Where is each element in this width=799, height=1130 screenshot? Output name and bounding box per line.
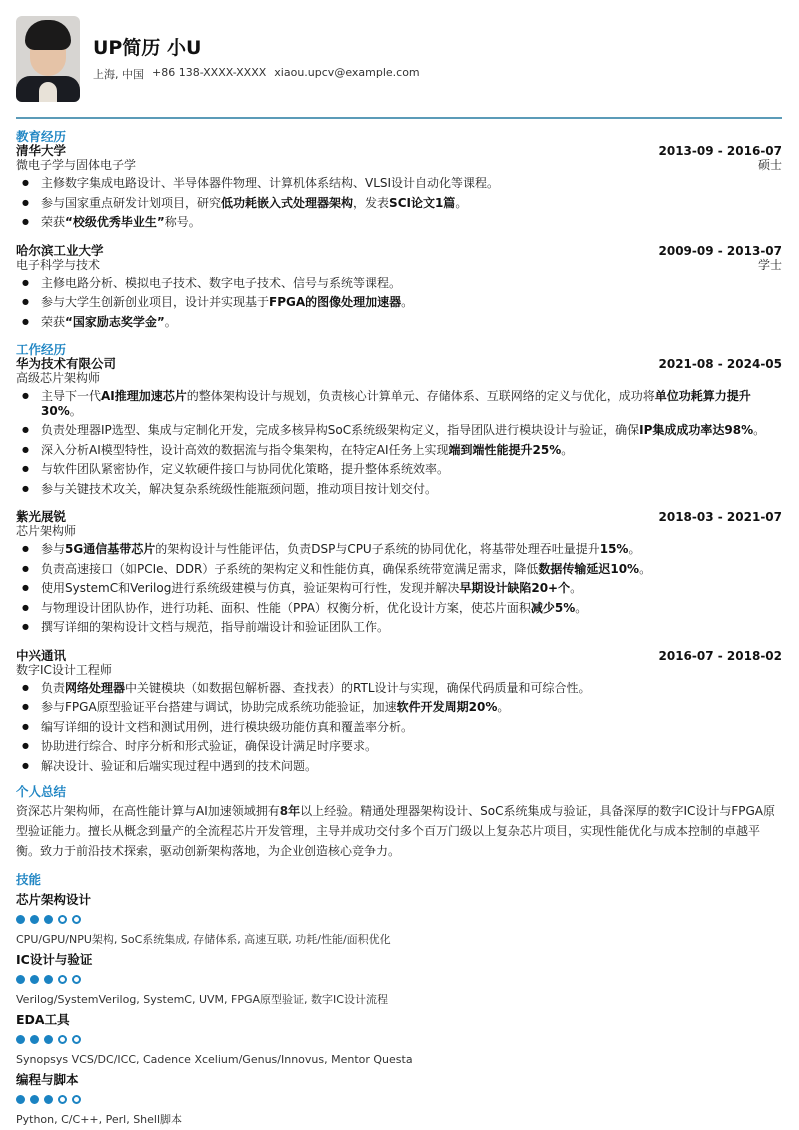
- education-section: 教育经历 清华大学2013-09 - 2016-07微电子学与固体电子学硕士主修…: [16, 130, 782, 329]
- bullet-item: 参与FPGA原型验证平台搭建与调试，协助完成系统功能验证，加速软件开发周期20%…: [16, 700, 782, 715]
- job-role: 芯片架构师: [16, 524, 76, 538]
- summary-section: 个人总结 资深芯片架构师，在高性能计算与AI加速领域拥有8年以上经验。精通处理器…: [16, 785, 782, 861]
- skill-name: 编程与脚本: [16, 1073, 782, 1087]
- skill-name: IC设计与验证: [16, 953, 782, 967]
- bullet-list: 主导下一代AI推理加速芯片的整体架构设计与规划，负责核心计算单元、存储体系、互联…: [16, 389, 782, 496]
- filled-dot-icon: [44, 915, 53, 924]
- bullet-item: 使用SystemC和Verilog进行系统级建模与仿真，验证架构可行性，发现并解…: [16, 581, 782, 596]
- bullet-item: 与软件团队紧密协作，定义软硬件接口与协同优化策略，提升整体系统效率。: [16, 462, 782, 477]
- filled-dot-icon: [30, 1035, 39, 1044]
- entry-dates: 2013-09 - 2016-07: [659, 144, 783, 158]
- bullet-item: 解决设计、验证和后端实现过程中遇到的技术问题。: [16, 759, 782, 774]
- bullet-item: 参与国家重点研发计划项目，研究低功耗嵌入式处理器架构，发表SCI论文1篇。: [16, 196, 782, 211]
- entry-head: 华为技术有限公司2021-08 - 2024-05: [16, 357, 782, 371]
- bullet-item: 负责高速接口（如PCIe、DDR）子系统的架构定义和性能仿真，确保系统带宽满足需…: [16, 562, 782, 577]
- bullet-item: 参与5G通信基带芯片的架构设计与性能评估，负责DSP与CPU子系统的协同优化，将…: [16, 542, 782, 557]
- bullet-item: 编写详细的设计文档和测试用例，进行模块级功能仿真和覆盖率分析。: [16, 720, 782, 735]
- phone: +86 138-XXXX-XXXX: [152, 66, 266, 82]
- empty-dot-icon: [58, 975, 67, 984]
- major: 微电子学与固体电子学: [16, 158, 136, 172]
- skill-level-dots: [16, 915, 782, 924]
- company-name: 紫光展锐: [16, 510, 66, 524]
- header-divider: [16, 117, 782, 119]
- section-title: 技能: [16, 873, 782, 887]
- skill-desc: Python, C/C++, Perl, Shell脚本: [16, 1113, 782, 1127]
- entry-head: 中兴通讯2016-07 - 2018-02: [16, 649, 782, 663]
- skill-level-dots: [16, 1035, 782, 1044]
- filled-dot-icon: [30, 975, 39, 984]
- empty-dot-icon: [72, 1035, 81, 1044]
- school-name: 清华大学: [16, 144, 66, 158]
- bullet-list: 主修电路分析、模拟电子技术、数字电子技术、信号与系统等课程。参与大学生创新创业项…: [16, 276, 782, 330]
- bullet-item: 主修数字集成电路设计、半导体器件物理、计算机体系结构、VLSI设计自动化等课程。: [16, 176, 782, 191]
- skill-name: EDA工具: [16, 1013, 782, 1027]
- bullet-item: 撰写详细的架构设计文档与规范，指导前端设计和验证团队工作。: [16, 620, 782, 635]
- company-name: 华为技术有限公司: [16, 357, 116, 371]
- education-entry: 哈尔滨工业大学2009-09 - 2013-07电子科学与技术学士主修电路分析、…: [16, 244, 782, 330]
- bullet-item: 主修电路分析、模拟电子技术、数字电子技术、信号与系统等课程。: [16, 276, 782, 291]
- bullet-item: 深入分析AI模型特性，设计高效的数据流与指令集架构，在特定AI任务上实现端到端性…: [16, 443, 782, 458]
- school-name: 哈尔滨工业大学: [16, 244, 104, 258]
- bullet-list: 主修数字集成电路设计、半导体器件物理、计算机体系结构、VLSI设计自动化等课程。…: [16, 176, 782, 230]
- empty-dot-icon: [72, 975, 81, 984]
- work-entry: 紫光展锐2018-03 - 2021-07芯片架构师参与5G通信基带芯片的架构设…: [16, 510, 782, 635]
- filled-dot-icon: [16, 1095, 25, 1104]
- bullet-item: 负责处理器IP选型、集成与定制化开发，完成多核异构SoC系统级架构定义，指导团队…: [16, 423, 782, 438]
- skill-desc: CPU/GPU/NPU架构, SoC系统集成, 存储体系, 高速互联, 功耗/性…: [16, 933, 782, 947]
- email: xiaou.upcv@example.com: [274, 66, 419, 82]
- skills-section: 技能 芯片架构设计CPU/GPU/NPU架构, SoC系统集成, 存储体系, 高…: [16, 873, 782, 1127]
- major: 电子科学与技术: [16, 258, 100, 272]
- company-name: 中兴通讯: [16, 649, 66, 663]
- entry-sub: 微电子学与固体电子学硕士: [16, 158, 782, 172]
- profile-photo: [16, 16, 80, 102]
- entry-sub: 电子科学与技术学士: [16, 258, 782, 272]
- skill-desc: Synopsys VCS/DC/ICC, Cadence Xcelium/Gen…: [16, 1053, 782, 1067]
- bullet-item: 荣获“国家励志奖学金”。: [16, 315, 782, 330]
- bullet-item: 协助进行综合、时序分析和形式验证，确保设计满足时序要求。: [16, 739, 782, 754]
- bullet-item: 与物理设计团队协作，进行功耗、面积、性能（PPA）权衡分析，优化设计方案，使芯片…: [16, 601, 782, 616]
- filled-dot-icon: [44, 1095, 53, 1104]
- skill-desc: Verilog/SystemVerilog, SystemC, UVM, FPG…: [16, 993, 782, 1007]
- work-entry: 中兴通讯2016-07 - 2018-02数字IC设计工程师负责网络处理器中关键…: [16, 649, 782, 774]
- bullet-list: 负责网络处理器中关键模块（如数据包解析器、查找表）的RTL设计与实现，确保代码质…: [16, 681, 782, 774]
- entry-head: 紫光展锐2018-03 - 2021-07: [16, 510, 782, 524]
- work-entry: 华为技术有限公司2021-08 - 2024-05高级芯片架构师主导下一代AI推…: [16, 357, 782, 496]
- degree: 硕士: [758, 158, 782, 172]
- bullet-list: 参与5G通信基带芯片的架构设计与性能评估，负责DSP与CPU子系统的协同优化，将…: [16, 542, 782, 635]
- entry-dates: 2018-03 - 2021-07: [659, 510, 783, 524]
- entry-sub: 高级芯片架构师: [16, 371, 782, 385]
- filled-dot-icon: [30, 915, 39, 924]
- entry-dates: 2016-07 - 2018-02: [659, 649, 783, 663]
- summary-text: 资深芯片架构师，在高性能计算与AI加速领域拥有8年以上经验。精通处理器架构设计、…: [16, 801, 782, 861]
- empty-dot-icon: [72, 915, 81, 924]
- empty-dot-icon: [58, 1035, 67, 1044]
- filled-dot-icon: [16, 975, 25, 984]
- filled-dot-icon: [16, 915, 25, 924]
- entry-sub: 芯片架构师: [16, 524, 782, 538]
- empty-dot-icon: [58, 1095, 67, 1104]
- entry-dates: 2009-09 - 2013-07: [659, 244, 783, 258]
- bullet-item: 负责网络处理器中关键模块（如数据包解析器、查找表）的RTL设计与实现，确保代码质…: [16, 681, 782, 696]
- contact-line: 上海, 中国 +86 138-XXXX-XXXX xiaou.upcv@exam…: [93, 66, 420, 82]
- bullet-item: 主导下一代AI推理加速芯片的整体架构设计与规划，负责核心计算单元、存储体系、互联…: [16, 389, 782, 418]
- skill-level-dots: [16, 1095, 782, 1104]
- filled-dot-icon: [16, 1035, 25, 1044]
- bullet-item: 参与关键技术攻关，解决复杂系统级性能瓶颈问题，推动项目按计划交付。: [16, 482, 782, 497]
- section-title: 个人总结: [16, 785, 782, 799]
- job-role: 数字IC设计工程师: [16, 663, 112, 677]
- empty-dot-icon: [72, 1095, 81, 1104]
- education-entry: 清华大学2013-09 - 2016-07微电子学与固体电子学硕士主修数字集成电…: [16, 144, 782, 230]
- skill-name: 芯片架构设计: [16, 893, 782, 907]
- work-section: 工作经历 华为技术有限公司2021-08 - 2024-05高级芯片架构师主导下…: [16, 343, 782, 773]
- entry-head: 哈尔滨工业大学2009-09 - 2013-07: [16, 244, 782, 258]
- section-title: 工作经历: [16, 343, 782, 357]
- entry-sub: 数字IC设计工程师: [16, 663, 782, 677]
- resume-header: UP简历 小U 上海, 中国 +86 138-XXXX-XXXX xiaou.u…: [16, 0, 782, 102]
- section-title: 教育经历: [16, 130, 782, 144]
- location: 上海, 中国: [93, 66, 144, 82]
- degree: 学士: [758, 258, 782, 272]
- bullet-item: 荣获“校级优秀毕业生”称号。: [16, 215, 782, 230]
- filled-dot-icon: [44, 975, 53, 984]
- resume-page: UP简历 小U 上海, 中国 +86 138-XXXX-XXXX xiaou.u…: [0, 0, 799, 1127]
- job-role: 高级芯片架构师: [16, 371, 100, 385]
- skill-level-dots: [16, 975, 782, 984]
- entry-head: 清华大学2013-09 - 2016-07: [16, 144, 782, 158]
- bullet-item: 参与大学生创新创业项目，设计并实现基于FPGA的图像处理加速器。: [16, 295, 782, 310]
- filled-dot-icon: [30, 1095, 39, 1104]
- candidate-name: UP简历 小U: [93, 36, 420, 60]
- filled-dot-icon: [44, 1035, 53, 1044]
- entry-dates: 2021-08 - 2024-05: [659, 357, 783, 371]
- empty-dot-icon: [58, 915, 67, 924]
